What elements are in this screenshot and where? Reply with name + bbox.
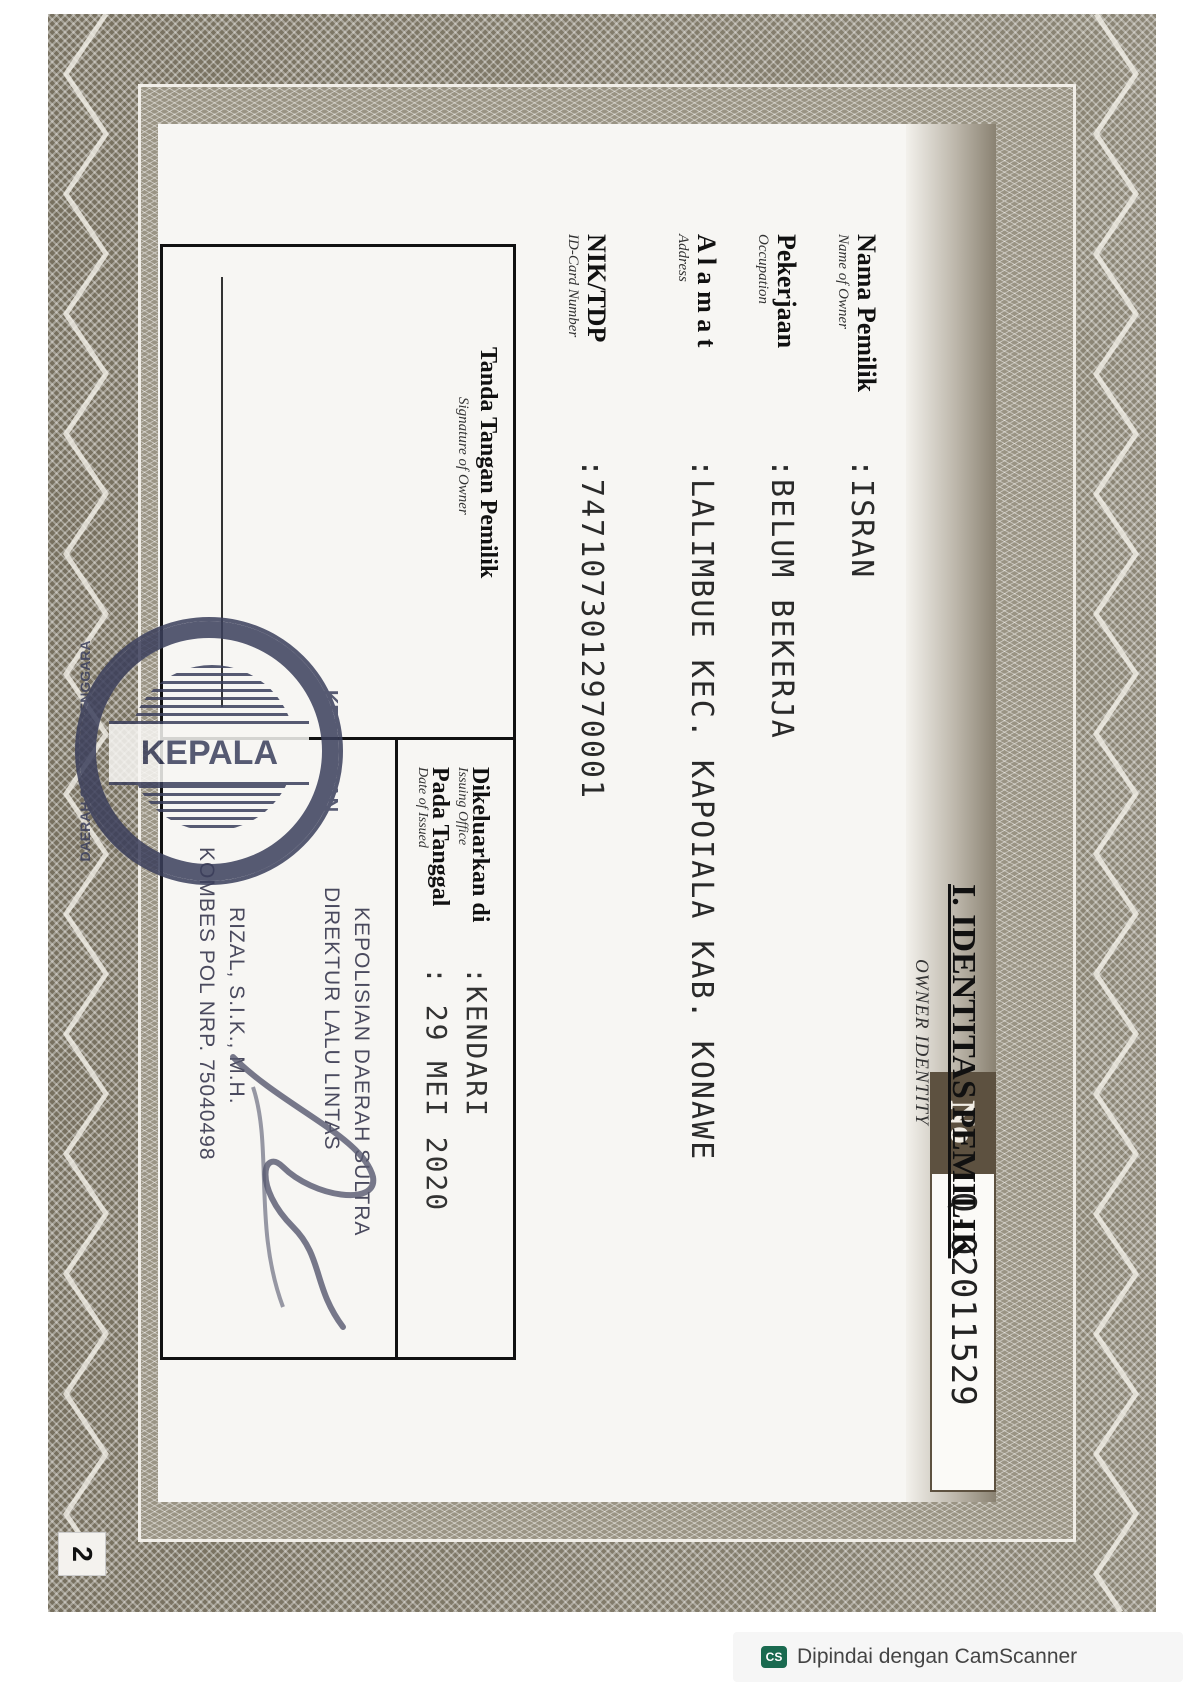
section-subtitle: OWNER IDENTITY: [910, 959, 932, 1126]
camscanner-logo-icon: CS: [761, 1646, 787, 1668]
official-signature: [203, 1047, 403, 1347]
field-label-en: ID-Card Number: [564, 234, 581, 337]
field-id-card-number: NIK/TDP ID-Card Number :7471073012970001: [531, 234, 611, 1434]
signature-box: Tanda Tangan Pemilik Signature of Owner …: [160, 244, 516, 1360]
field-label-en: Address: [674, 234, 691, 282]
stamp-center-text: KEPALA: [140, 734, 277, 773]
field-label-en: Occupation: [754, 234, 771, 304]
field-label-en: Name of Owner: [834, 234, 851, 329]
field-label: NIK/TDP: [581, 234, 611, 342]
owner-fields: Nama Pemilik Name of Owner :ISRAN Pekerj…: [531, 234, 881, 1434]
field-value: :LALIMBUE KEC. KAPOIALA KAB. KONAWE: [684, 459, 719, 1161]
issued-at-value: :KENDARI: [460, 967, 493, 1118]
camscanner-watermark: CS Dipindai dengan CamScanner: [733, 1632, 1183, 1682]
section-title: I. IDENTITAS PEMILIK: [944, 884, 982, 1258]
stamp-center-band: KEPALA: [109, 721, 309, 785]
document-body: No Q-02011529 I. IDENTITAS PEMILIK OWNER…: [158, 124, 996, 1502]
vehicle-ownership-document: No Q-02011529 I. IDENTITAS PEMILIK OWNER…: [48, 14, 1156, 1612]
owner-signature-label-en: Signature of Owner: [454, 397, 471, 515]
camscanner-text: Dipindai dengan CamScanner: [797, 1645, 1077, 1669]
police-stamp: KEPOLISIAN DAERAH SULAWESI TENGGARA KEPA…: [75, 617, 343, 885]
field-value: :ISRAN: [844, 459, 879, 579]
field-label: Nama Pemilik: [851, 234, 881, 392]
field-value: :7471073012970001: [574, 459, 609, 800]
page-number: 2: [58, 1532, 106, 1576]
issued-on-row: Pada Tanggal Date of Issued : 29 MEI 202…: [414, 767, 453, 906]
field-occupation: Pekerjaan Occupation :BELUM BEKERJA: [721, 234, 801, 1434]
issued-at-label: Dikeluarkan di: [466, 767, 493, 922]
issued-on-label: Pada Tanggal: [426, 767, 453, 906]
field-address: A l a m a t Address :LALIMBUE KEC. KAPOI…: [641, 234, 721, 1434]
owner-signature-label: Tanda Tangan Pemilik: [474, 347, 501, 578]
stamp-top-text: KEPOLISIAN: [318, 621, 341, 881]
issued-on-value: : 29 MEI 2020: [420, 967, 453, 1212]
field-label: Pekerjaan: [771, 234, 801, 348]
issued-at-row: Dikeluarkan di Issuing Office :KENDARI: [454, 767, 493, 922]
field-label: A l a m a t: [691, 234, 721, 347]
field-value: :BELUM BEKERJA: [764, 459, 799, 740]
field-owner-name: Nama Pemilik Name of Owner :ISRAN: [801, 234, 881, 1434]
stamp-bottom-text: DAERAH SULAWESI TENGGARA: [77, 621, 93, 881]
